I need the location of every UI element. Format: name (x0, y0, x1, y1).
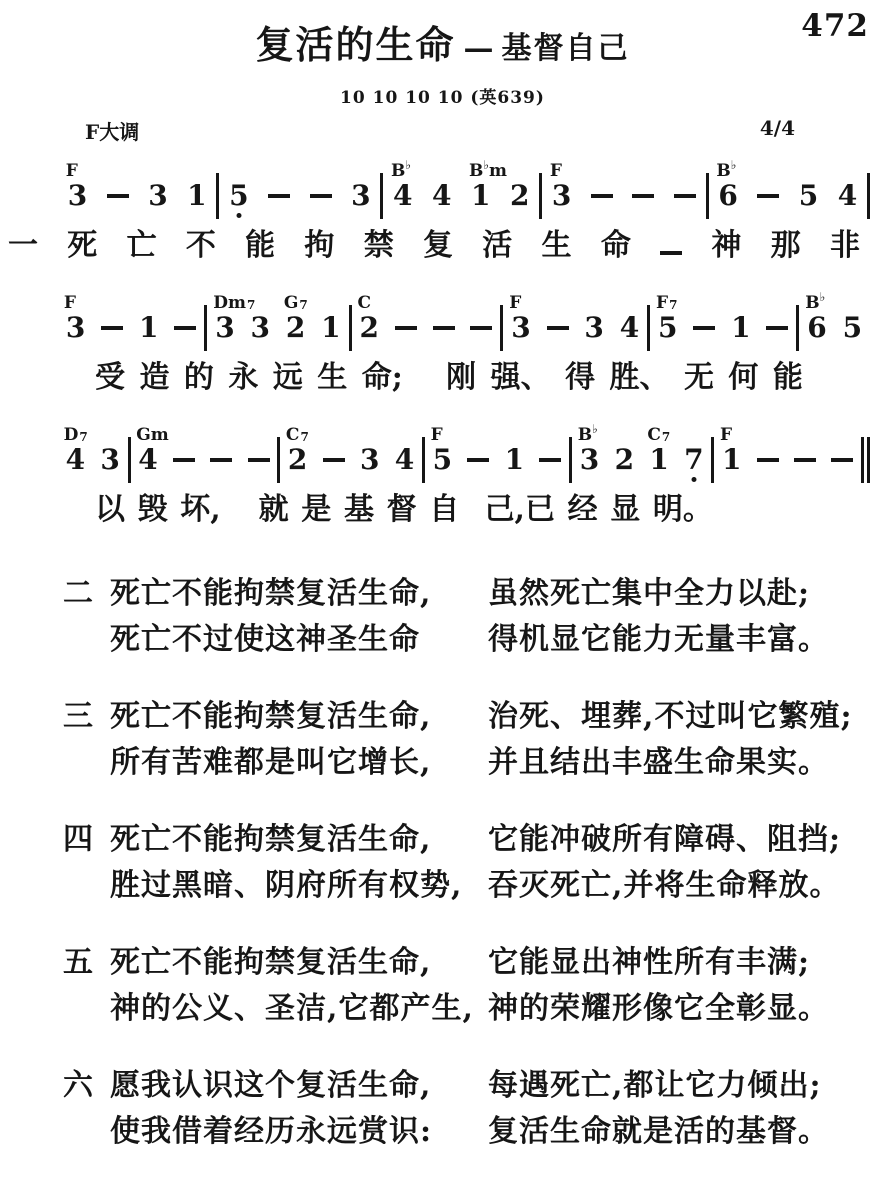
lyric-char: 己,已 (485, 495, 555, 525)
final-barline (861, 437, 870, 483)
note: 4 (432, 173, 451, 219)
lyric-char: 生 (542, 231, 572, 261)
measure: 5F71 (650, 305, 796, 351)
chord-label: Gm (136, 427, 169, 444)
dash-glyph (766, 326, 788, 330)
note: 5F7 (658, 305, 677, 351)
measure: 4Gm (131, 437, 278, 483)
lyric-char: 受 (95, 363, 125, 393)
note: 3F (511, 305, 530, 351)
key-time-row: F大调 4/4 (85, 116, 795, 145)
note-number: 1 (731, 314, 750, 342)
note: 3B♭ (580, 437, 599, 483)
note-number: 6 (807, 314, 826, 342)
dash-glyph (210, 458, 232, 462)
key-signature: F大调 (85, 116, 139, 145)
dash-glyph (674, 194, 696, 198)
note-number: 4 (395, 446, 414, 474)
lyric-char: 活 (482, 231, 512, 261)
note: 1 (505, 437, 524, 483)
duration-dash (470, 305, 492, 351)
note: 4 (395, 437, 414, 483)
note-number: 7 (684, 446, 703, 474)
note-number: 2 (286, 314, 305, 342)
duration-dash (693, 305, 715, 351)
music-line: 3F13Dm732G712C3F345F716B♭5受造的永远生命;刚强、得胜、… (0, 279, 885, 403)
notes-row: 3F31534B♭41B♭m23F6B♭54 (58, 147, 870, 219)
dash-glyph (433, 326, 455, 330)
note-number: 2 (510, 182, 529, 210)
note: 1 (731, 305, 750, 351)
note: 3F (552, 173, 571, 219)
note: 1C7 (649, 437, 668, 483)
lyric-char: 刚 (446, 363, 476, 393)
duration-dash (433, 305, 455, 351)
verse: 五死亡不能拘禁复活生命,它能显出神性所有丰满;神的公义、圣洁,它都产生,神的荣耀… (63, 940, 885, 1032)
verse-number: 五 (63, 940, 110, 986)
note: 2 (615, 437, 634, 483)
lyric-char: 能 (245, 231, 275, 261)
chord-label: G7 (284, 295, 308, 312)
verse-phrase: 使我借着经历永远赏识: (110, 1109, 488, 1155)
lyric-char: 毁 (138, 495, 168, 525)
note: 3F (66, 305, 85, 351)
measure: 3Dm732G71 (207, 305, 348, 351)
barline (867, 173, 870, 219)
lyric-char: 非 (830, 231, 860, 261)
lyric-char: 死 (67, 231, 97, 261)
chord-seventh: 7 (79, 430, 87, 444)
verse-phrase: 治死、埋葬,不过叫它繁殖; (488, 694, 885, 740)
note-number: 1 (649, 446, 668, 474)
dash-glyph (632, 194, 654, 198)
note-number: 3 (251, 314, 270, 342)
title-dash: — (464, 31, 494, 66)
lyric-char: 是 (301, 495, 331, 525)
note: 1B♭m (471, 173, 490, 219)
chord-label: C7 (647, 427, 670, 444)
note: 3F (68, 173, 87, 219)
note-number: 5 (843, 314, 862, 342)
measure: 3F31 (58, 173, 216, 219)
verse-phrase: 吞灭死亡,并将生命释放。 (488, 863, 885, 909)
measure: 3F (542, 173, 705, 219)
duration-dash (547, 305, 569, 351)
lyric-char: 自 (429, 495, 459, 525)
dash-glyph (757, 458, 779, 462)
duration-dash (310, 173, 332, 219)
duration-dash (210, 437, 232, 483)
flat-icon: ♭ (405, 158, 411, 172)
chord-label: F (66, 163, 78, 180)
flat-icon: ♭ (592, 422, 598, 436)
dash-glyph (268, 194, 290, 198)
chord-label: F7 (656, 295, 677, 312)
note: 3 (251, 305, 270, 351)
lyric-char: 得 (565, 363, 595, 393)
chord-label: F (64, 295, 76, 312)
verse-phrase: 每遇死亡,都让它力倾出; (488, 1063, 885, 1109)
music-system: 3F31534B♭41B♭m23F6B♭54一死亡不能拘禁复活生命神那非3F13… (0, 147, 885, 535)
measure: 1F (714, 437, 861, 483)
verse-number: 三 (63, 694, 110, 740)
verse-phrase: 它能冲破所有障碍、阻挡; (488, 817, 885, 863)
duration-dash (395, 305, 417, 351)
measure: 53 (219, 173, 380, 219)
chord-label: F (550, 163, 562, 180)
verse-number: 二 (63, 571, 110, 617)
duration-dash (757, 437, 779, 483)
note-number: 3 (511, 314, 530, 342)
note: 3 (351, 173, 370, 219)
duration-dash (591, 173, 613, 219)
measure: 2C734 (280, 437, 422, 483)
lyric-char: 胜、 (610, 363, 670, 393)
low-octave-dot (236, 213, 241, 218)
measure: 4D73 (58, 437, 128, 483)
lyric-char: 那 (771, 231, 801, 261)
lyric-char: 远 (273, 363, 303, 393)
title-main: 复活的生命 (255, 22, 455, 67)
note: 4Gm (138, 437, 157, 483)
verse-phrase: 神的公义、圣洁,它都产生, (110, 986, 488, 1032)
measure: 3F1 (58, 305, 204, 351)
dash-glyph (395, 326, 417, 330)
note: 3Dm7 (215, 305, 234, 351)
dash-glyph (174, 326, 196, 330)
note-number: 4 (620, 314, 639, 342)
note-number: 3 (148, 182, 167, 210)
hymnal-page: 472 复活的生命—基督自己 10 10 10 10 (英639) F大调 4/… (0, 0, 885, 1195)
note-number: 3 (215, 314, 234, 342)
flat-icon: ♭ (820, 290, 826, 304)
duration-dash (107, 173, 129, 219)
lyric-char: 督 (387, 495, 417, 525)
dash-glyph (101, 326, 123, 330)
notes-row: 4D734Gm2C7345F13B♭21C771F (58, 411, 870, 483)
note-number: 4 (393, 182, 412, 210)
flat-icon: ♭ (731, 158, 737, 172)
lyric-char: 复 (423, 231, 453, 261)
note: 3 (100, 437, 119, 483)
dash-glyph (248, 458, 270, 462)
note: 5 (799, 173, 818, 219)
chord-label: B♭ (391, 163, 411, 180)
note: 2G7 (286, 305, 305, 351)
chord-seventh: 7 (662, 430, 670, 444)
chord-seventh: 7 (300, 430, 308, 444)
duration-dash (831, 437, 853, 483)
lyric-char: 生 (317, 363, 347, 393)
lyric-char: 能 (773, 363, 803, 393)
note: 4B♭ (393, 173, 412, 219)
lyric-char: 的 (184, 363, 214, 393)
lyric-char: 经 (568, 495, 598, 525)
note: 2 (510, 173, 529, 219)
verse-phrase: 死亡不能拘禁复活生命, (110, 571, 488, 617)
note-number: 4 (66, 446, 85, 474)
note: 2C7 (288, 437, 307, 483)
lyric-char: 命 (601, 231, 631, 261)
note-number: 1 (471, 182, 490, 210)
duration-dash (539, 437, 561, 483)
note: 5F (433, 437, 452, 483)
lyric-char: 就 (259, 495, 289, 525)
duration-dash (173, 437, 195, 483)
title-subtitle: 基督自己 (502, 31, 630, 66)
lyric-char: 命; (362, 363, 403, 393)
note-number: 4 (838, 182, 857, 210)
note-number: 3 (584, 314, 603, 342)
verse: 二死亡不能拘禁复活生命,虽然死亡集中全力以赴;死亡不过使这神圣生命得机显它能力无… (63, 571, 885, 663)
measure: 6B♭54 (709, 173, 867, 219)
verse-phrase: 复活生命就是活的基督。 (488, 1109, 885, 1155)
verse-phrase: 死亡不能拘禁复活生命, (110, 694, 488, 740)
chord-seventh: 7 (299, 298, 307, 312)
lyric-char: 坏, (180, 495, 220, 525)
note-number: 5 (229, 182, 248, 210)
note-number: 3 (552, 182, 571, 210)
verse-phrase: 它能显出神性所有丰满; (488, 940, 885, 986)
note: 4 (838, 173, 857, 219)
dash-glyph (794, 458, 816, 462)
lyric-char: 基 (344, 495, 374, 525)
chord-label: F (720, 427, 732, 444)
note-number: 1 (321, 314, 340, 342)
note: 1 (187, 173, 206, 219)
note-number: 1 (505, 446, 524, 474)
measure: 3B♭21C77 (572, 437, 711, 483)
note: 4 (620, 305, 639, 351)
duration-dash (174, 305, 196, 351)
chord-label: B♭ (805, 295, 825, 312)
note-number: 5 (433, 446, 452, 474)
duration-dash (101, 305, 123, 351)
lyric-char: 何 (728, 363, 758, 393)
verse-phrase: 并且结出丰盛生命果实。 (488, 740, 885, 786)
meter-line: 10 10 10 10 (英639) (0, 83, 885, 108)
verse-phrase: 得机显它能力无量丰富。 (488, 617, 885, 663)
note: 4D7 (66, 437, 85, 483)
music-line: 3F31534B♭41B♭m23F6B♭54一死亡不能拘禁复活生命神那非 (0, 147, 885, 271)
verse-phrase: 死亡不能拘禁复活生命, (110, 940, 488, 986)
note-number: 2 (288, 446, 307, 474)
music-line: 4D734Gm2C7345F13B♭21C771F以毁坏,就是基督自己,已经显明… (0, 411, 885, 535)
note-number: 2 (615, 446, 634, 474)
lyric-row: 受造的永远生命;刚强、得胜、无何能 (95, 353, 803, 403)
measure: 2C (352, 305, 501, 351)
chord-label: B♭ (578, 427, 598, 444)
note: 5 (843, 305, 862, 351)
lyric-char: 亡 (127, 231, 157, 261)
page-title: 复活的生命—基督自己 (0, 0, 885, 69)
melisma-dash (660, 231, 682, 261)
note-number: 3 (100, 446, 119, 474)
dash-glyph (323, 458, 345, 462)
dash-glyph (757, 194, 779, 198)
lyric-char: 拘 (304, 231, 334, 261)
chord-label: B♭ (716, 163, 736, 180)
verse: 六愿我认识这个复活生命,每遇死亡,都让它力倾出;使我借着经历永远赏识:复活生命就… (63, 1063, 885, 1155)
chord-label: F (509, 295, 521, 312)
lyric-char: 禁 (364, 231, 394, 261)
measure: 4B♭41B♭m2 (383, 173, 539, 219)
lyric-char: 不 (186, 231, 216, 261)
dash-glyph (693, 326, 715, 330)
lyric-char: 永 (228, 363, 258, 393)
dash-glyph (539, 458, 561, 462)
duration-dash (268, 173, 290, 219)
chord-label: B♭m (469, 163, 507, 180)
verse-number: 六 (63, 1063, 110, 1109)
verse-phrase: 虽然死亡集中全力以赴; (488, 571, 885, 617)
chord-label: F (431, 427, 443, 444)
duration-dash (323, 437, 345, 483)
lyric-char: 一 (8, 231, 38, 261)
note-number: 3 (351, 182, 370, 210)
note-number: 5 (799, 182, 818, 210)
dash-glyph (660, 251, 682, 255)
lyric-row: 一死亡不能拘禁复活生命神那非 (8, 221, 860, 271)
dash-glyph (831, 458, 853, 462)
low-octave-dot (691, 477, 696, 482)
note: 5 (229, 173, 248, 219)
note: 6B♭ (718, 173, 737, 219)
note: 1 (321, 305, 340, 351)
dash-glyph (591, 194, 613, 198)
time-signature: 4/4 (760, 116, 795, 145)
note: 1F (722, 437, 741, 483)
lyric-char: 显 (610, 495, 640, 525)
duration-dash (248, 437, 270, 483)
dash-glyph (547, 326, 569, 330)
duration-dash (632, 173, 654, 219)
note: 7 (684, 437, 703, 483)
chord-label: C (357, 295, 371, 312)
duration-dash (757, 173, 779, 219)
duration-dash (674, 173, 696, 219)
chord-label: C7 (286, 427, 309, 444)
measure: 3F34 (503, 305, 647, 351)
note: 2C (359, 305, 378, 351)
note: 3 (360, 437, 379, 483)
verses-section: 二死亡不能拘禁复活生命,虽然死亡集中全力以赴;死亡不过使这神圣生命得机显它能力无… (0, 571, 885, 1155)
note-number: 4 (432, 182, 451, 210)
verse-phrase: 所有苦难都是叫它增长, (110, 740, 488, 786)
note-number: 3 (360, 446, 379, 474)
verse-phrase: 胜过黑暗、阴府所有权势, (110, 863, 488, 909)
note-number: 1 (722, 446, 741, 474)
note-number: 4 (138, 446, 157, 474)
duration-dash (766, 305, 788, 351)
chord-seventh: 7 (669, 298, 677, 312)
note-number: 1 (187, 182, 206, 210)
note-number: 5 (658, 314, 677, 342)
lyric-char: 明。 (653, 495, 713, 525)
note-number: 6 (718, 182, 737, 210)
dash-glyph (467, 458, 489, 462)
flat-icon: ♭ (483, 158, 489, 172)
lyric-row: 以毁坏,就是基督自己,已经显明。 (95, 485, 713, 535)
dash-glyph (107, 194, 129, 198)
verse-phrase: 死亡不过使这神圣生命 (110, 617, 488, 663)
hymn-number: 472 (801, 8, 869, 44)
dash-glyph (310, 194, 332, 198)
note-number: 2 (359, 314, 378, 342)
lyric-char: 无 (684, 363, 714, 393)
note-number: 1 (139, 314, 158, 342)
verse: 四死亡不能拘禁复活生命,它能冲破所有障碍、阻挡;胜过黑暗、阴府所有权势,吞灭死亡… (63, 817, 885, 909)
verse-phrase: 死亡不能拘禁复活生命, (110, 817, 488, 863)
note: 6B♭ (807, 305, 826, 351)
note-number: 3 (580, 446, 599, 474)
measure: 5F1 (425, 437, 569, 483)
note-number: 3 (66, 314, 85, 342)
verse-phrase: 神的荣耀形像它全彰显。 (488, 986, 885, 1032)
verse-number: 四 (63, 817, 110, 863)
chord-label: Dm7 (213, 295, 255, 312)
lyric-char: 以 (95, 495, 125, 525)
note-number: 3 (68, 182, 87, 210)
chord-label: D7 (64, 427, 88, 444)
lyric-char: 造 (139, 363, 169, 393)
dash-glyph (470, 326, 492, 330)
lyric-char: 强、 (491, 363, 551, 393)
dash-glyph (173, 458, 195, 462)
note: 3 (584, 305, 603, 351)
measure: 6B♭5 (799, 305, 870, 351)
duration-dash (794, 437, 816, 483)
lyric-char: 神 (711, 231, 741, 261)
notes-row: 3F13Dm732G712C3F345F716B♭5 (58, 279, 870, 351)
note: 1 (139, 305, 158, 351)
duration-dash (467, 437, 489, 483)
note: 3 (148, 173, 167, 219)
verse: 三死亡不能拘禁复活生命,治死、埋葬,不过叫它繁殖;所有苦难都是叫它增长,并且结出… (63, 694, 885, 786)
verse-phrase: 愿我认识这个复活生命, (110, 1063, 488, 1109)
